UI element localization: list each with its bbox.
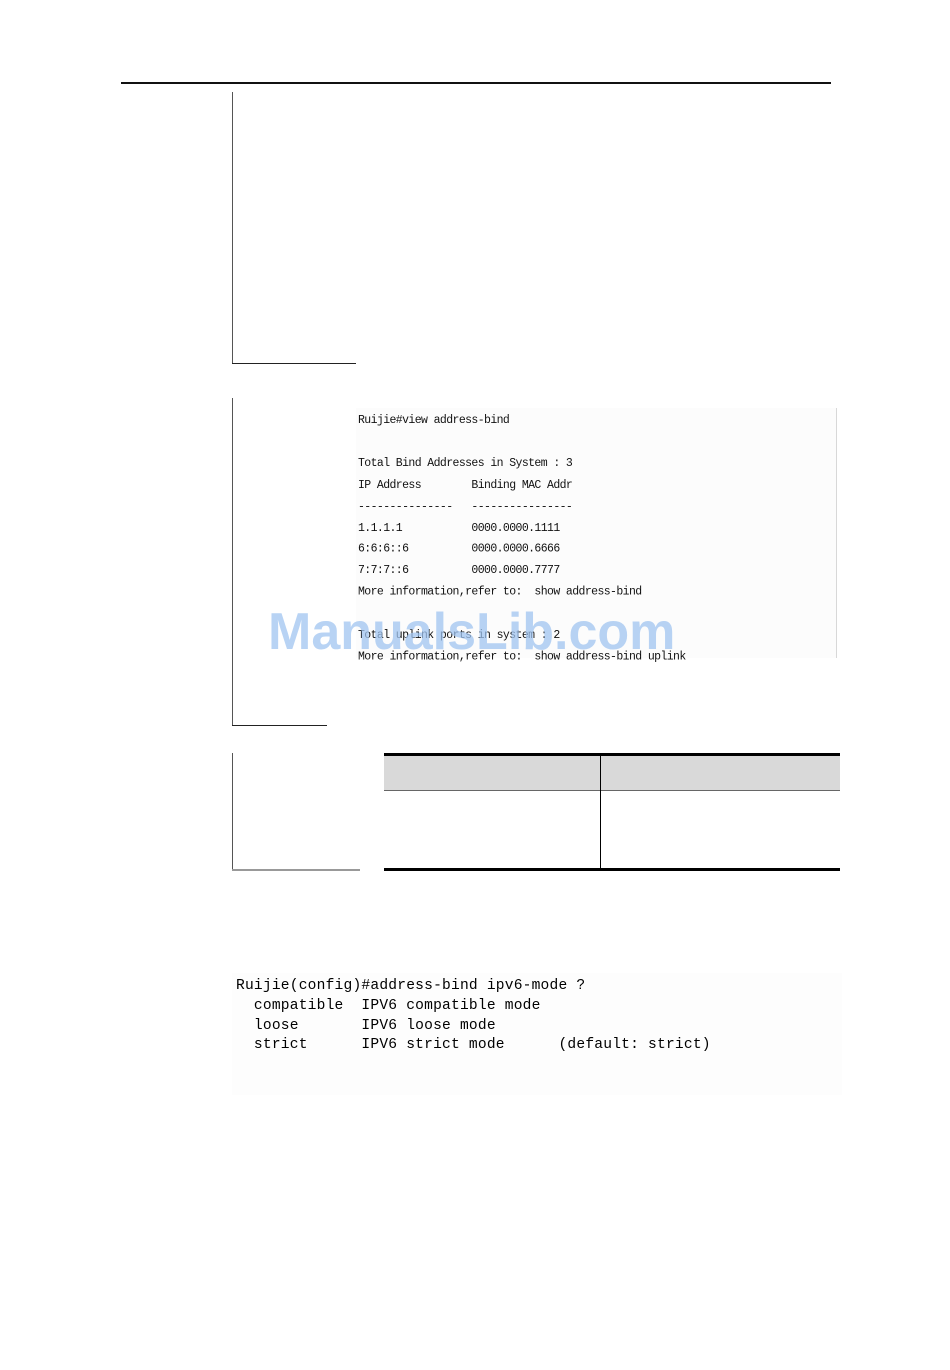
page-header-rule [121,82,831,84]
layout-cell-border-left [232,398,233,726]
terminal-line: 1.1.1.1 0000.0000.1111 [358,521,560,535]
terminal-line: Ruijie#view address-bind [358,413,509,427]
terminal-line: 6:6:6::6 0000.0000.6666 [358,542,560,556]
layout-cell-border-bottom [232,725,327,726]
terminal-line: More information,refer to: show address-… [358,585,642,599]
layout-cell-border-bottom [232,869,360,871]
cli-line: strict IPV6 strict mode (default: strict… [236,1037,711,1053]
terminal-line: IP Address Binding MAC Addr [358,478,572,492]
table-column-divider [600,756,601,869]
layout-cell-border-bottom [232,363,356,364]
cli-line: loose IPV6 loose mode [236,1018,496,1034]
cli-line: compatible IPV6 compatible mode [236,998,541,1014]
table-bottom-rule [384,868,840,871]
table-header-row [384,756,840,790]
terminal-line: Total Bind Addresses in System : 3 [358,456,572,470]
cli-line: Ruijie(config)#address-bind ipv6-mode ? [236,978,585,994]
terminal-line: 7:7:7::6 0000.0000.7777 [358,564,560,578]
parameter-table [384,753,840,871]
table-header-divider [384,790,840,791]
layout-cell-border-left [232,92,233,364]
ipv6-mode-cli-output: Ruijie(config)#address-bind ipv6-mode ? … [232,973,842,1095]
cli-output-text: Ruijie(config)#address-bind ipv6-mode ? … [236,977,711,1056]
watermark: ManualsLib.com [268,600,675,664]
terminal-line: --------------- ---------------- [358,499,572,513]
layout-cell-border-left [232,753,233,870]
